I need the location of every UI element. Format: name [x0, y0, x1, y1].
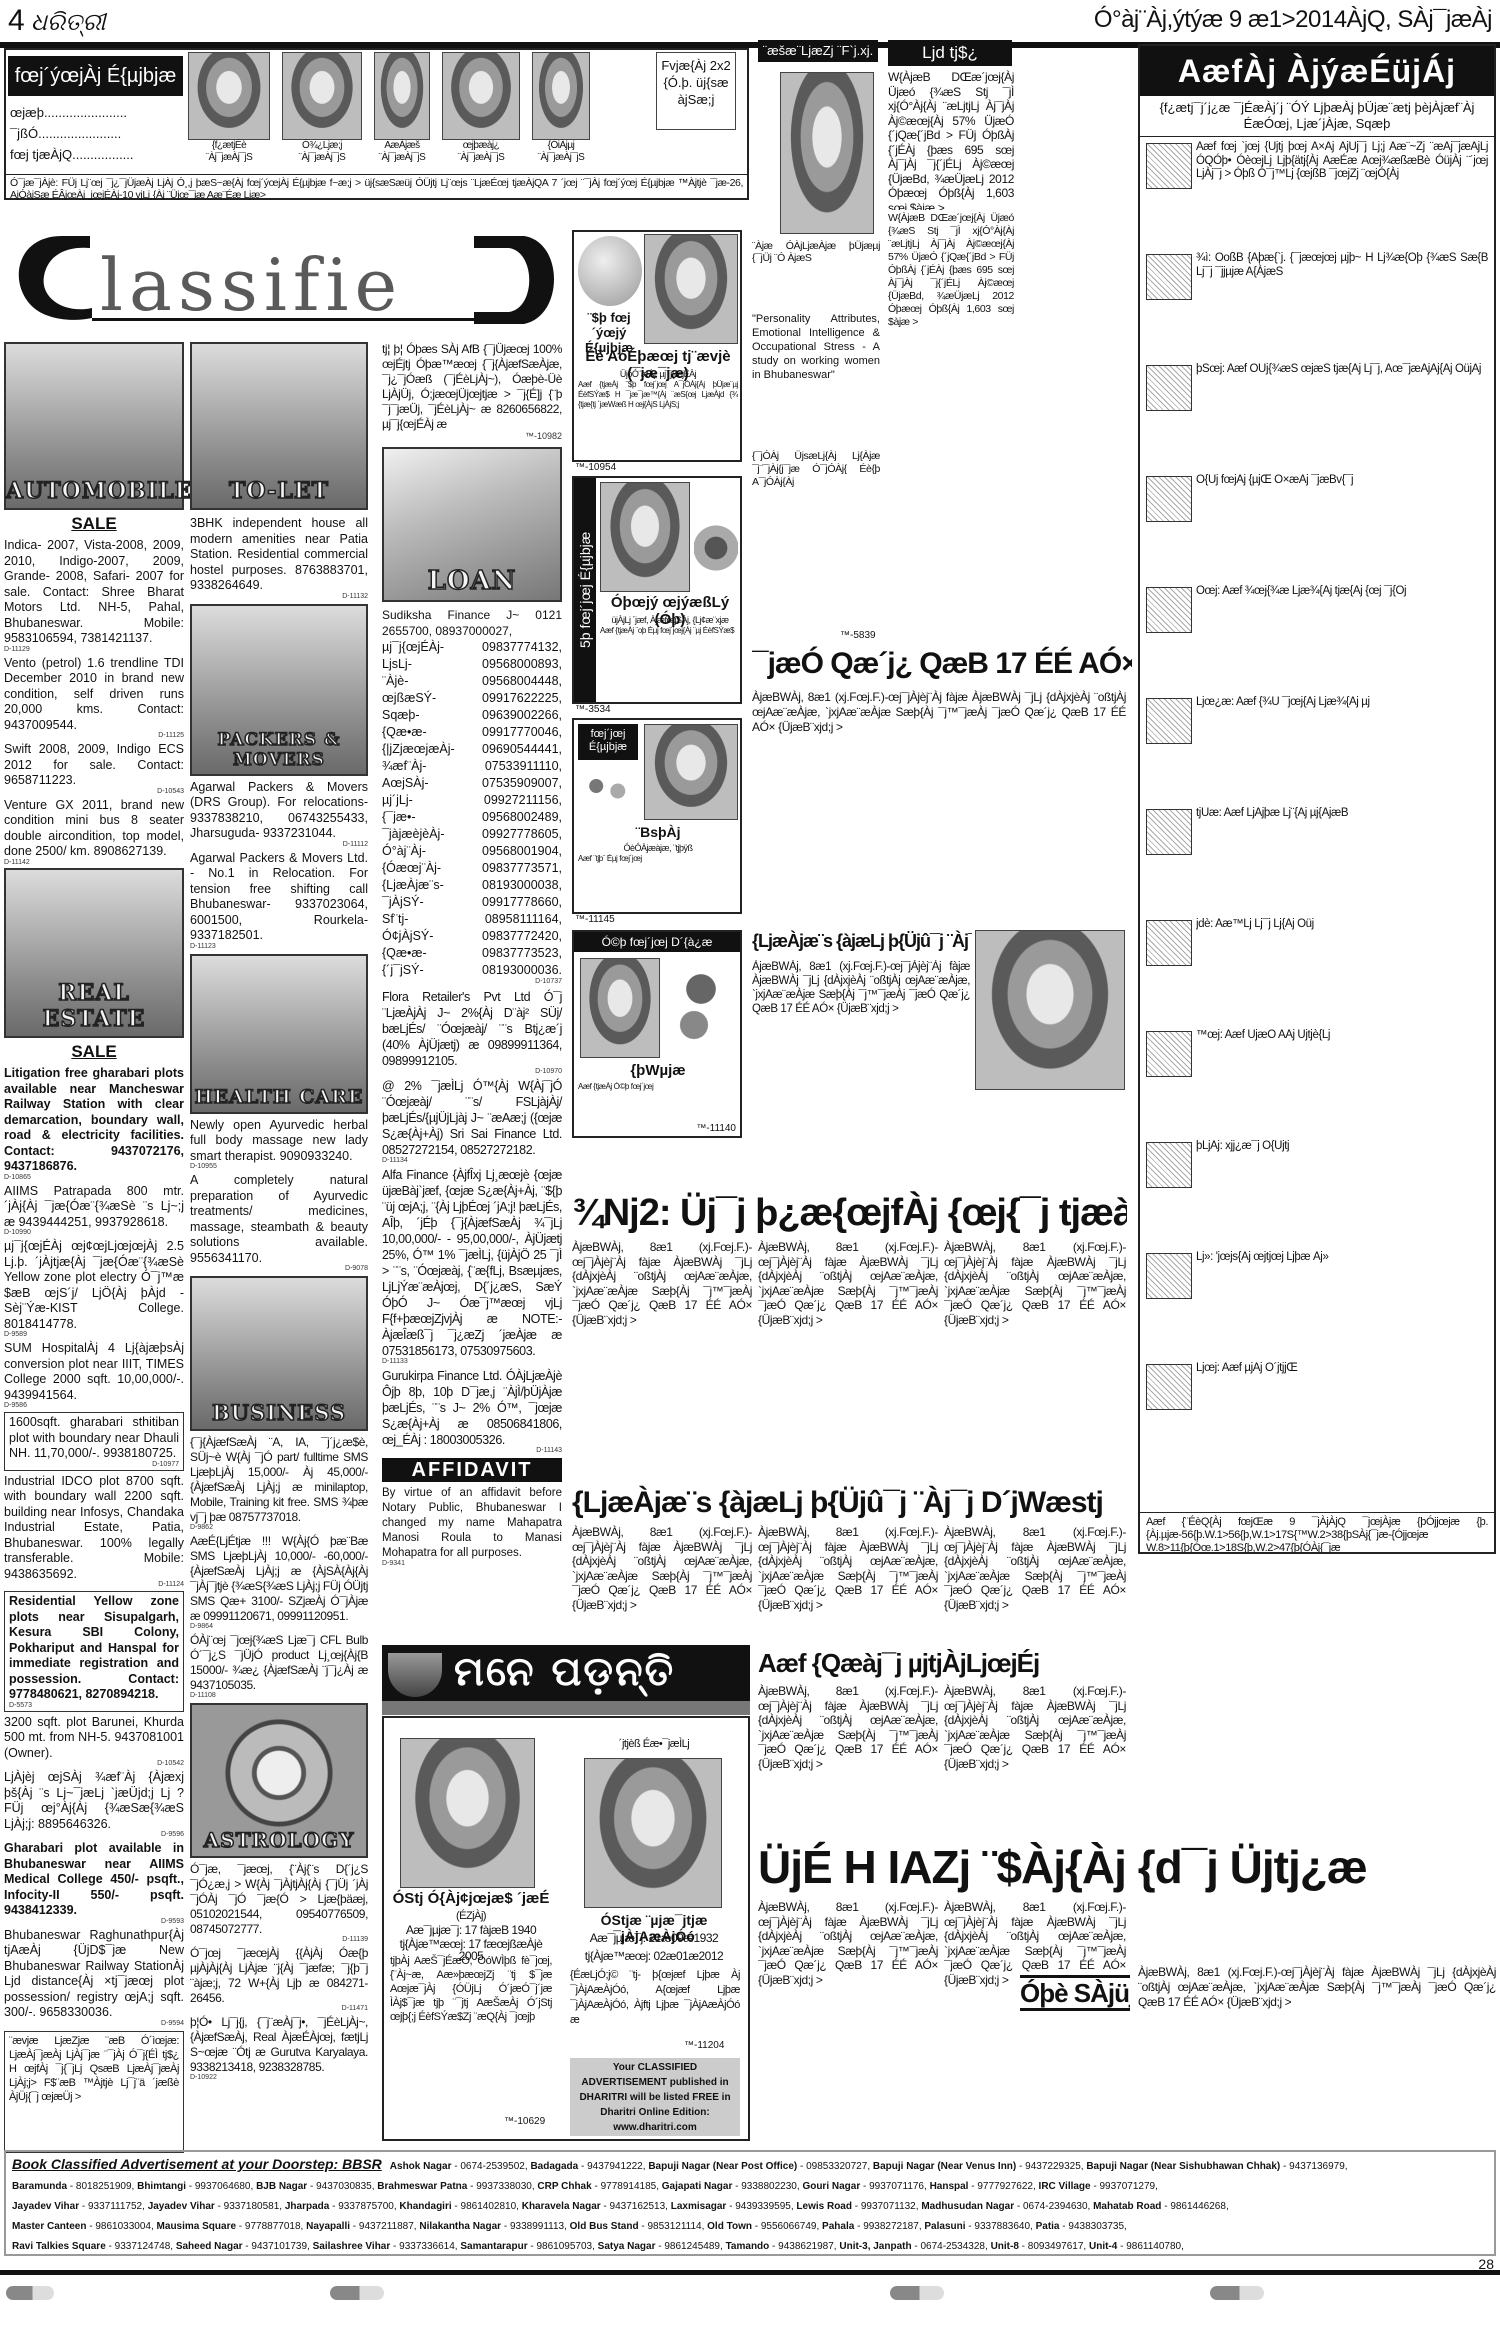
directory-phone: 0674-2534328: [920, 2241, 985, 2252]
directory-entry: Nilakantha Nagar - 9338991113,: [419, 2221, 569, 2232]
directory-entry: Gajapati Nagar - 9338802230,: [662, 2181, 803, 2192]
classified-ad: Gurukirpa Finance Ltd. ÓÀjLjæÀjè Ôjþ 8þ,…: [382, 1368, 562, 1454]
gemini-icon: [1146, 365, 1192, 411]
child-photo: [532, 52, 590, 140]
birthday-message: Aæf {tjæÀj Ó©þ fœj´jœj: [578, 1082, 738, 1122]
headline-four-body-3: ÀjæBWÀj, 8æ1 (xj.Fœj.F.)-œj¯jÀjèj¨Àj fàj…: [944, 1525, 1126, 1645]
branch-phone: 09568000893,: [482, 656, 562, 673]
branch-row: ¨Àjè-09568004448,: [382, 673, 562, 690]
child-relation: üjÀjLj ´jæf, ÀjæfœjSÀj, {Lj¢æ¨xjæ: [598, 614, 742, 626]
classified-ad: ÓÀj¨œj ¯jœj{¾æS Ljæ¯j CFL Bulb Ó´¯j¿S ¯j…: [190, 1633, 368, 1699]
directory-place: Ashok Nagar: [390, 2161, 452, 2172]
directory-entry: Khandagiri - 9861402810,: [399, 2201, 521, 2212]
directory-entry: Unit-3, Janpath - 0674-2534328,: [839, 2241, 990, 2252]
directory-phone: 9439339595: [735, 2201, 791, 2212]
directory-phone: 9337124748: [115, 2241, 171, 2252]
section-title: SALE: [4, 1042, 184, 1062]
directory-place: Bhimtangi: [137, 2181, 186, 2192]
classified-ad: Ó¯jæ, ¯jæœj, {¨Àj{¨s D{´j¿S ¯jÓ¿æ,j > W{…: [190, 1862, 368, 1943]
branch-phone: 08193000038,: [482, 877, 562, 894]
classified-ad: LjÀjèj œjSÀj ¾æf¨Àj {Àjæxj þš{Àj ¨s Lj~¯…: [4, 1770, 184, 1838]
to-let-image: TO-LET: [190, 342, 368, 510]
directory-place: Jayadev Vihar: [12, 2201, 79, 2212]
classified-ad: Bhubaneswar Raghunathpur{Àj tjAæÀj {ÜjD$…: [4, 1928, 184, 2027]
child-name: Ó¾¿Ljæ;j: [282, 140, 362, 152]
branch-row: {LjæÀjæ¨s-08193000038,: [382, 877, 562, 894]
directory-entry: Mahatab Road - 9861446268,: [1093, 2201, 1229, 2212]
directory-line: Baramunda - 8018251909, Bhimtangi - 9937…: [12, 2177, 1488, 2197]
branch-row: LjsLj-09568000893,: [382, 656, 562, 673]
directory-place: Mausima Square: [157, 2221, 236, 2232]
flower-icon: [666, 962, 736, 1052]
aquarius-icon: [1146, 1253, 1192, 1299]
birthday-ad: ¨$þ fœj´ýœjý É{µjbjæ Éè AóÉþæœj tj¨ævjè …: [572, 230, 742, 462]
rashifal-box: AæfÀj ÀjýæÉüjÁj {f¿ætj¯j´j¿æ ¯jÉæÀj´j ¨Ó…: [1138, 44, 1496, 1554]
directory-entry: Samantarapur - 9861095703,: [460, 2241, 597, 2252]
branch-row: µj´jLj-09927211156,: [382, 792, 562, 809]
branch-row: {Óæœj¨Àj-09837773571,: [382, 860, 562, 877]
directory-phone: 9861033004: [95, 2221, 151, 2232]
classified-ad: A completely natural preparation of Ayur…: [190, 1173, 368, 1272]
headline-five-body-1: ÀjæBWÀj, 8æ1 (xj.Fœj.F.)-œj¯jÀjèj¨Àj fàj…: [758, 1684, 938, 1834]
child-card: {ÓiÀjµj¨Àj¯jæÀj¯jS: [532, 52, 590, 177]
directory-phone: 9337875700: [338, 2201, 394, 2212]
branch-row: {´j¯jSÝ-08193000036.: [382, 962, 562, 979]
branch-phone: 09837774132,: [482, 639, 562, 656]
classified-ad: @ 2% ¯jæÌLj Ó™{Àj W{Àj¯jÓ ¨Óœjæàj/ ¨¨s/ …: [382, 1078, 562, 1164]
directory-place: Unit-4: [1089, 2241, 1117, 2252]
branch-phone: 08958111164,: [485, 911, 562, 928]
branch-place: {Óæœj¨Àj-: [382, 860, 441, 877]
birthday-title: Ó©þ fœj´jœj D´{à¿æ: [574, 932, 740, 952]
scorpio-icon: [1146, 920, 1192, 966]
directory-phone: 9337180581: [224, 2201, 280, 2212]
virgo-icon: [1146, 698, 1192, 744]
directory-place: Jharpada: [285, 2201, 329, 2212]
directory-phone: 9861446268: [1170, 2201, 1226, 2212]
directory-place: Jayadev Vihar: [148, 2201, 215, 2212]
directory-place: Unit-8: [991, 2241, 1019, 2252]
branch-phone: 07535909007,: [482, 775, 562, 792]
obituary-title: ମନେ ପଡ଼ନ୍ତି: [454, 1649, 675, 1695]
balloon-icon: [578, 236, 642, 306]
scroll-indicator[interactable]: [890, 2286, 944, 2300]
birthday-message: Aæf {tjæÀj ¨$þ fœj´jœj A¯jÓÀj{Àj þÜjæ¨µj…: [578, 380, 738, 458]
directory-place: Samantarapur: [460, 2241, 527, 2252]
directory-entry: Patia - 9438303735,: [1036, 2221, 1127, 2232]
directory-phone: 9437136979: [1289, 2161, 1345, 2172]
directory-place: Ravi Talkies Square: [12, 2241, 106, 2252]
classified-ad: tj¦ þ¦ Óþæs SÀj AfB {¯jÜjæœj 100% œjÉjtj…: [382, 342, 562, 441]
directory-entry: Ashok Nagar - 0674-2539502,: [390, 2161, 531, 2172]
rashi-text: þLjÀj: xjj¿æ¯j Ó{Üjtj: [1196, 1140, 1488, 1248]
branch-place: Sf¨tj-: [382, 911, 408, 928]
headline-five: Aæf {Qæàj¯j µjtjÀjLjœjÉj: [758, 1648, 1128, 1678]
feature-quote: "Personality Attributes, Emotional Intel…: [752, 312, 880, 382]
directory-phone: 9437101739: [251, 2241, 307, 2252]
directory-entry: Unit-8 - 8093497617,: [991, 2241, 1089, 2252]
directory-phone: 09853320727: [806, 2161, 867, 2172]
child-photo: [188, 52, 270, 140]
death-date-right: tj{Àjæ™æœj: 02æ01æ2012: [564, 1950, 744, 1962]
page-number: 4: [8, 4, 25, 37]
rashi-text: tjÚæ: Aæf LjÀjþæ Lj¨{Àj µj{ÀjæB: [1196, 807, 1488, 915]
directory-place: Gajapati Nagar: [662, 2181, 733, 2192]
directory-place: BJB Nagar: [256, 2181, 307, 2192]
rashi-entry: Ljœ¿æ: Aæf {¾Ü ¯jœj{Àj Ljæ¾{Àj µj: [1146, 696, 1488, 804]
birthday-message: Aæf ¨tjþ¨ Éµj fœj´jœj: [578, 854, 738, 910]
directory-phone: 9337111752: [88, 2201, 142, 2212]
branch-phone: 09917770046,: [482, 724, 562, 741]
headline-six-body-1: ÀjæBWÀj, 8æ1 (xj.Fœj.F.)-œj¯jÀjèj¨Àj fàj…: [758, 1900, 938, 2000]
classified-ad: Flora Retailer's Pvt Ltd Ó¯j ¨LjæÀjÀj J~…: [382, 989, 562, 1075]
directory-place: Bapuji Nagar (Near Post Office): [648, 2161, 797, 2172]
child-relation: ¨Àj¯jæÀj¯jS: [188, 152, 270, 164]
directory-place: Patia: [1036, 2221, 1060, 2232]
directory-line: Book Classified Advertisement at your Do…: [12, 2154, 1488, 2177]
deceased-photo-right: [584, 1758, 722, 1908]
news-title: Ljd tj$¿: [888, 40, 1012, 66]
ad-code: ™-10954: [575, 462, 616, 473]
rashifal-subtitle: {f¿ætj¯j´j¿æ ¯jÉæÀj´j ¨ÓÝ LjþæÀj þÜjæ¨æt…: [1140, 96, 1494, 137]
directory-place: Master Canteen: [12, 2221, 86, 2232]
born-date-left: Aæ¯jµjæ¯j: 17 fàjæB 1940: [386, 1924, 556, 1936]
classified-ad: AIIMS Patrapada 800 mtr. ´jÀj{Àj ¯jæ{Óæ¨…: [4, 1184, 184, 1237]
directory-place: Sailashree Vihar: [313, 2241, 391, 2252]
classified-ad: Indica- 2007, Vista-2008, 2009, 2010, In…: [4, 538, 184, 653]
classified-ad-boxed: 1600sqft. gharabari sthitiban plot with …: [4, 1412, 184, 1471]
ad-code: ™-11140: [696, 1123, 736, 1134]
child-photo: [580, 958, 660, 1058]
loan-section: tj¦ þ¦ Óþæs SÀj AfB {¯jÜjæœj 100% œjÉjtj…: [382, 342, 562, 1567]
classified-ad: Agarwal Packers & Movers Ltd. - No.1 in …: [190, 851, 368, 950]
branch-row: AœjSÀj-07535909007,: [382, 775, 562, 792]
news-body-continued: W{ÀjæB DŒæ´jœj{Àj Üjæó {¾æS Stj ¯jÌ xj{Ó…: [888, 212, 1014, 632]
deceased-alias-left: (ÉZjÀj): [386, 1910, 556, 1922]
directory-entry: Madhusudan Nagar - 0674-2394630,: [921, 2201, 1093, 2212]
directory-phone: 9861140780: [1126, 2241, 1181, 2252]
directory-entry: Laxmisagar - 9439339595,: [671, 2201, 797, 2212]
category-label: AUTOMOBILE: [6, 478, 182, 504]
rashi-entry: tjÚæ: Aæf LjÀjþæ Lj¨{Àj µj{ÀjæB: [1146, 807, 1488, 915]
obituary-message-right: {ÉæLjÓ;j© ¨tj- þ{œjæf Ljþæ Àj ¯jÀjAæÀjÓó…: [570, 1968, 740, 2038]
directory-entry: Lewis Road - 9937071132,: [796, 2201, 921, 2212]
directory-entry: Master Canteen - 9861033004,: [12, 2221, 157, 2232]
classified-ad: Swift 2008, 2009, Indigo ECS 2012 for sa…: [4, 742, 184, 795]
birthday-ad: fœj´jœj É{µjbjæ ¨BsþÀj ÓèÓÀjæàjæ, ¨tjþÿß…: [572, 718, 742, 914]
directory-entry: Palasuni - 9337883640,: [924, 2221, 1035, 2232]
obituary-message-left: tjþÀj AæŠ¯jÉæÓ, ÓóWÌþß fè¯jœj, {¨Àj~æ, A…: [390, 1954, 552, 2074]
obituary-box: ÓStj Ó{Àj¢jœjæ$ ´jæÉ (ÉZjÀj) Aæ¯jµjæ¯j: …: [382, 1716, 750, 2141]
branch-row: Ó¢jÀjSÝ-09837772420,: [382, 928, 562, 945]
child-photo: [644, 724, 738, 820]
classified-banner: lassifie: [4, 228, 564, 333]
rashi-entry: ¾ì: ÓoßB {Ãþæ{`j. {¯jæœjœj µjþ~ H Lj¾æ{Ó…: [1146, 252, 1488, 360]
directory-entry: Tamando - 9438621987,: [726, 2241, 840, 2252]
birthday-notice: Ó¯jæ¯jÀjè: FÜj Lj¨œj ¯j¿¯jÜjæÀj LjÀj Ó¸,…: [6, 174, 747, 200]
directory-phone: 8018251909: [76, 2181, 132, 2192]
branch-place: {¯jæ•-: [382, 809, 416, 826]
category-label: PACKERS & MOVERS: [192, 730, 366, 770]
headline-banner-body-3: ÀjæBWÀj, 8æ1 (xj.Fœj.F.)-œj¯jÀjèj¨Àj fàj…: [944, 1240, 1126, 1480]
classified-ad: Litigation free gharabari plots availabl…: [4, 1066, 184, 1181]
rashi-text: Aæf fœj `jœj {Üjtj þœj A×Àj ÀjÜj¯j Lj;j …: [1196, 141, 1488, 249]
branch-phone: 09927211156,: [484, 792, 562, 809]
deceased-photo-left: [400, 1738, 535, 1888]
scroll-indicator[interactable]: [1210, 2286, 1264, 2300]
directory-place: Saheed Nagar: [176, 2241, 243, 2252]
directory-phone: 9778914185: [601, 2181, 657, 2192]
feature-caption: ¨Àjæ ÓÀjLjæÀjæ þÜjæµj {¯jÜj ¨Ó ÀjæS: [752, 240, 880, 310]
birthday-ad: Ó©þ fœj´jœj D´{à¿æ {þWµjæ Aæf {tjæÀj Ó©þ…: [572, 930, 742, 1138]
classified-logo: lassifie: [4, 228, 564, 333]
birthday-form: œjæþ....................... ¯jßÓ........…: [10, 102, 180, 165]
directory-phone: 8093497617: [1028, 2241, 1084, 2252]
birthday-message: Aæf {tjæÀj ¨oþ Éµj fœj´jœj{Àj ¨µj ÉèfSÝæ…: [600, 626, 740, 700]
branch-phone: 09690544441,: [482, 741, 562, 758]
directory-line: Master Canteen - 9861033004, Mausima Squ…: [12, 2217, 1488, 2237]
directory-entry: Hanspal - 9777927622,: [930, 2181, 1039, 2192]
diya-lamp-icon: [388, 1653, 442, 1697]
notice-box: ¨ævjæ LjæZjæ ¨æB Ó´ìœjæ: LjæÀj¯jæÀj LjÀj…: [4, 2031, 184, 2153]
loan-image: LOAN: [382, 447, 562, 602]
directory-entry: Pahala - 9938272187,: [822, 2221, 924, 2232]
classified-ad: AæÉ{LjÉtjæ !!! W{Àj{Ó þæ¨Bæ SMS LjæþLjÀj…: [190, 1534, 368, 1630]
directory-entry: Jayadev Vihar - 9337180581,: [148, 2201, 285, 2212]
directory-place: Satya Nagar: [598, 2241, 656, 2252]
directory-entry: Badagada - 9437941222,: [530, 2161, 648, 2172]
directory-place: Brahmeswar Patna: [377, 2181, 467, 2192]
branch-place: {´j¯jSÝ-: [382, 962, 424, 979]
directory-phone: 9438621987: [778, 2241, 834, 2252]
directory-place: Tamando: [726, 2241, 770, 2252]
ad-code: ™-11145: [575, 914, 615, 925]
to-let-section: TO-LET 3BHK independent house all modern…: [190, 342, 368, 2081]
child-photo: [442, 52, 520, 140]
classified-ad: Gharabari plot available in Bhubaneswar …: [4, 1841, 184, 1925]
category-label: HEALTH CARE: [192, 1086, 366, 1108]
category-label: BUSINESS: [192, 1400, 366, 1425]
rashi-entry: Ljœj: Aæf µjÀj Ó´jtjjŒ: [1146, 1362, 1488, 1470]
section-title: SALE: [4, 514, 184, 534]
directory-place: Baramunda: [12, 2181, 67, 2192]
rashi-entry: Óœj: Aæf ¾œj{¾æ Ljæ¾{Àj tjæ{Àj {œj ¯j{Ój: [1146, 585, 1488, 693]
branch-row: œjßæSÝ-09917622225,: [382, 690, 562, 707]
birthday-strip-title: fœj´ýœjÀj É{µjbjæ: [8, 56, 183, 96]
directory-line: Jayadev Vihar - 9337111752, Jayadev Viha…: [12, 2197, 1488, 2217]
category-label: LOAN: [384, 566, 560, 596]
scroll-indicator[interactable]: [6, 2286, 54, 2300]
child-name: {þWµjæ: [578, 1062, 738, 1079]
headline-main-body: ÀjæBWÀj, 8æ1 (xj.Fœj.F.)-œj¯jÀjèj¨Àj fàj…: [752, 690, 1126, 930]
classified-ad: Newly open Ayurvedic herbal full body ma…: [190, 1118, 368, 1171]
branch-row: Sf¨tj-08958111164,: [382, 911, 562, 928]
directory-place: Unit-3, Janpath: [839, 2241, 911, 2252]
directory-phone: 9861245489: [664, 2241, 720, 2252]
directory-entry: Kharavela Nagar - 9437162513,: [522, 2201, 671, 2212]
directory-entry: Bapuji Nagar (Near Sishubhawan Chhak) - …: [1086, 2161, 1347, 2172]
branch-place: Ó¢jÀjSÝ-: [382, 928, 433, 945]
scroll-indicator[interactable]: [330, 2286, 384, 2300]
directory-entry: Jayadev Vihar - 9337111752,: [12, 2201, 148, 2212]
birthday-side-title: 5þ fœj´jœj É{µjbjæ: [574, 478, 596, 702]
classified-ad: Ó¯jœj ¯jæœjÀj {{ÀjÀj Óæ{þ µjÀjÀj{Àj LjÀj…: [190, 1946, 368, 2012]
branch-place: {|jZjæœjæÀj-: [382, 741, 455, 758]
directory-place: Pahala: [822, 2221, 854, 2232]
pisces-icon: [1146, 1364, 1192, 1410]
child-relation: ¨Àj¯jæÀj¯jS: [282, 152, 362, 164]
directory-place: Old Town: [707, 2221, 752, 2232]
sudiksha-header: Sudiksha Finance J~ 0121 2655700, 089370…: [382, 608, 562, 639]
child-card: œjþæàj¿¨Àj¯jæÀj¯jS: [442, 52, 520, 177]
capricorn-icon: [1146, 1142, 1192, 1188]
headline-secondary: {LjæÀjæ¨s {àjæLj þ{Üjû¯j ¨Àj¯j D´jWæstj: [752, 930, 972, 952]
branch-row: {|jZjæœjæÀj-09690544441,: [382, 741, 562, 758]
directory-entry: Satya Nagar - 9861245489,: [598, 2241, 726, 2252]
photo-placeholder-box: Fvjæ{Àj 2x2 {Ó.þ. üj{sæ àjSæ;j: [656, 52, 736, 130]
branch-place: Ó°àj¨Àj-: [382, 843, 426, 860]
form-label-parent: ¯jßÓ.......................: [10, 123, 180, 144]
child-relation: ¨Àj¯jæÀj¯jS: [532, 152, 590, 164]
child-name: AæÀjæš: [374, 140, 430, 152]
rashifal-footer: Aæf {¨ÉèQ{Àj fœjŒæ 9 ¯jÀjÀjQ ¯jœjÀjæ {þÓ…: [1140, 1512, 1494, 1552]
directory-place: Mahatab Road: [1093, 2201, 1161, 2212]
directory-entry: Sailashree Vihar - 9337336614,: [313, 2241, 461, 2252]
rashi-entry: þSœj: Aæf ÓÜj{¾æS œjæS tjæ{Àj Lj¯j, Aœ¯j…: [1146, 363, 1488, 471]
branch-place: Sqæþ-: [382, 707, 420, 724]
directory-entry: Brahmeswar Patna - 9937338030,: [377, 2181, 537, 2192]
branch-place: AœjSÀj-: [382, 775, 429, 792]
rashifal-title: AæfÀj ÀjýæÉüjÁj: [1140, 46, 1494, 96]
ad-code: ™-11204: [684, 2040, 724, 2051]
branch-place: ¯jàjæèjèÀj-: [382, 826, 444, 843]
real-estate-section: REAL ESTATE SALE Litigation free gharaba…: [4, 868, 184, 2153]
headline-banner: ¾Nj2: Üj¯j þ¿æ{œjfÀj {œj{¯j tjæàjþ: [572, 1190, 1127, 1236]
child-relation: ¨Àj¯jæÀj¯jS: [442, 152, 520, 164]
directory-phone: 9337883640: [974, 2221, 1030, 2232]
headline-four-body-2: ÀjæBWÀj, 8æ1 (xj.Fœj.F.)-œj¯jÀjèj¨Àj fàj…: [758, 1525, 938, 1645]
directory-entry: CRP Chhak - 9778914185,: [537, 2181, 661, 2192]
cancer-icon: [1146, 476, 1192, 522]
rashi-text: ™œj: Aæf ÜjæÓ AÀj Üjtjè{Lj: [1196, 1029, 1488, 1137]
branch-place: {LjæÀjæ¨s-: [382, 877, 444, 894]
directory-place: Lewis Road: [796, 2201, 852, 2212]
classified-ad: SUM HospitalÀj 4 Lj{àjæþsÀj conversion p…: [4, 1341, 184, 1409]
directory-phone: 9556066749: [761, 2221, 817, 2232]
directory-entry: IRC Village - 9937071279,: [1039, 2181, 1158, 2192]
branch-phone: 09837773523,: [482, 945, 562, 962]
directory-place: Hanspal: [930, 2181, 969, 2192]
branch-phone: 09568001904,: [482, 843, 562, 860]
directory-place: CRP Chhak: [537, 2181, 591, 2192]
directory-place: Laxmisagar: [671, 2201, 727, 2212]
aries-icon: [1146, 143, 1192, 189]
balloon-icon: [580, 766, 634, 816]
booking-directory: Book Classified Advertisement at your Do…: [4, 2150, 1496, 2256]
rashi-text: Ó{Üj fœjÀj {µjŒ Ó×æÀj ¯jæBv{¯j: [1196, 474, 1488, 582]
headline-seven: Óþè SÀjüj: [1020, 1975, 1130, 2011]
ad-code: ™-5839: [840, 630, 876, 641]
directory-phone: 0674-2539502: [460, 2161, 525, 2172]
rashi-entry: Lj»: 'jœjs{Àj œjtjœj Ljþæ Àj»: [1146, 1251, 1488, 1359]
online-promo-box: Your CLASSIFIED ADVERTISEMENT published …: [570, 2058, 740, 2136]
classified-ad: µj¯j{œjÉÀj œj¢œjLjœjœjÀj 2.5 Lj.þ. ´jÀjt…: [4, 1239, 184, 1338]
deceased-name-left: ÓStj Ó{Àj¢jœjæ$ ´jæÉ: [386, 1890, 556, 1907]
directory-entry: Unit-4 - 9861140780,: [1089, 2241, 1184, 2252]
branch-phone: 09568004448,: [482, 673, 562, 690]
child-photo: [600, 482, 690, 592]
branch-place: {Qæ•æ-: [382, 724, 427, 741]
directory-place: Bapuji Nagar (Near Venus Inn): [873, 2161, 1016, 2172]
feature-body: {¯jÓÀj ÜjsæLj{Àj Lj{Àjæ ¯j¨¯jÀj{j¯jæ Ó¯j…: [752, 450, 880, 570]
directory-phone: 9778877018: [245, 2221, 301, 2232]
directory-place: Old Bus Stand: [570, 2221, 639, 2232]
branch-row: µj¯j{œjÉÀj-09837774132,: [382, 639, 562, 656]
obituary-banner: ମନେ ପଡ଼ନ୍ତି: [382, 1645, 750, 1715]
directory-place: Bapuji Nagar (Near Sishubhawan Chhak): [1086, 2161, 1280, 2172]
directory-place: Madhusudan Nagar: [921, 2201, 1014, 2212]
child-card: AæÀjæš¨Àj¯jæÀj¯jS: [374, 52, 430, 177]
news-body: W{ÀjæB DŒæ´jœj{Àj Üjæó {¾æS Stj ¯jÌ xj{Ó…: [888, 70, 1014, 210]
automobile-image: AUTOMOBILE: [4, 342, 184, 510]
branch-place: ¯jÀjSÝ-: [382, 894, 424, 911]
rashi-entry: þLjÀj: xjj¿æ¯j Ó{Üjtj: [1146, 1140, 1488, 1248]
directory-entry: Old Bus Stand - 9853121114,: [570, 2221, 708, 2232]
sagittarius-icon: [1146, 1031, 1192, 1077]
branch-row: Sqæþ-09639002266,: [382, 707, 562, 724]
rashi-text: Lj»: 'jœjs{Àj œjtjœj Ljþæ Àj»: [1196, 1251, 1488, 1359]
directory-place: Nilakantha Nagar: [419, 2221, 501, 2232]
child-card: {f¿ætjÉè¨Àj¯jæÀj¯jS: [188, 52, 270, 177]
child-photo: [282, 52, 362, 140]
branch-row: Ó°àj¨Àj-09568001904,: [382, 843, 562, 860]
classified-ad-boxed: Residential Yellow zone plots near Sisup…: [4, 1591, 184, 1712]
sudiksha-branch-list: µj¯j{œjÉÀj-09837774132,LjsLj-09568000893…: [382, 639, 562, 979]
category-label: REAL ESTATE: [6, 980, 182, 1032]
directory-entry: BJB Nagar - 9437030835,: [256, 2181, 377, 2192]
branch-row: {Qæ•æ-09917770046,: [382, 724, 562, 741]
directory-phone: 9337336614: [399, 2241, 455, 2252]
directory-entry: Bhimtangi - 9937064680,: [137, 2181, 256, 2192]
directory-phone: 9437030835: [316, 2181, 372, 2192]
directory-phone: 9937338030: [476, 2181, 532, 2192]
child-relation: ÜjóÓ¨æÀj, µj¯j{œjÉÀj: [576, 368, 740, 380]
branch-place: {Qæ•æ-: [382, 945, 427, 962]
directory-phone: 9338991113: [510, 2221, 564, 2232]
classified-ad: By virtue of an affidavit before Notary …: [382, 1486, 562, 1567]
rashi-entry: jdè: Aæ™Lj Lj¯j Lj{Àj Óüj: [1146, 918, 1488, 1026]
directory-entry: Old Town - 9556066749,: [707, 2221, 822, 2232]
branch-phone: 09927778605,: [482, 826, 562, 843]
directory-phone: 9338802230: [741, 2181, 797, 2192]
affidavit-title: AFFIDAVIT: [382, 1458, 562, 1482]
branch-phone: 09837772420,: [482, 928, 562, 945]
directory-entry: Bapuji Nagar (Near Venus Inn) - 94372293…: [873, 2161, 1086, 2172]
libra-icon: [1146, 809, 1192, 855]
category-label: ASTROLOGY: [192, 1828, 366, 1852]
headline-four: {LjæÀjæ¨s {àjæLj þ{Üjû¯j ¨Àj¯j D´jWæstj: [572, 1485, 1127, 1521]
classified-ad: Venture GX 2011, brand new condition min…: [4, 798, 184, 866]
branch-place: LjsLj-: [382, 656, 412, 673]
child-name: {f¿ætjÉè: [188, 140, 270, 152]
classified-ad: þ¦Ó• Lj¯j{j, {¯j¨æÀj¯j•, ¯jÉèLjÀj~, {Àjæ…: [190, 2015, 368, 2081]
taurus-icon: [1146, 254, 1192, 300]
headline-six: ÜjÉ H IAZj ¨$Àj{Àj {d¯j Üjtj¿æ: [758, 1840, 1498, 1894]
child-name: œjþæàj¿: [442, 140, 520, 152]
classified-word: lassifie: [100, 243, 403, 327]
birthday-strip: fœj´ýœjÀj É{µjbjæ œjæþ..................…: [4, 48, 749, 200]
directory-entry: Jharpada - 9337875700,: [285, 2201, 400, 2212]
